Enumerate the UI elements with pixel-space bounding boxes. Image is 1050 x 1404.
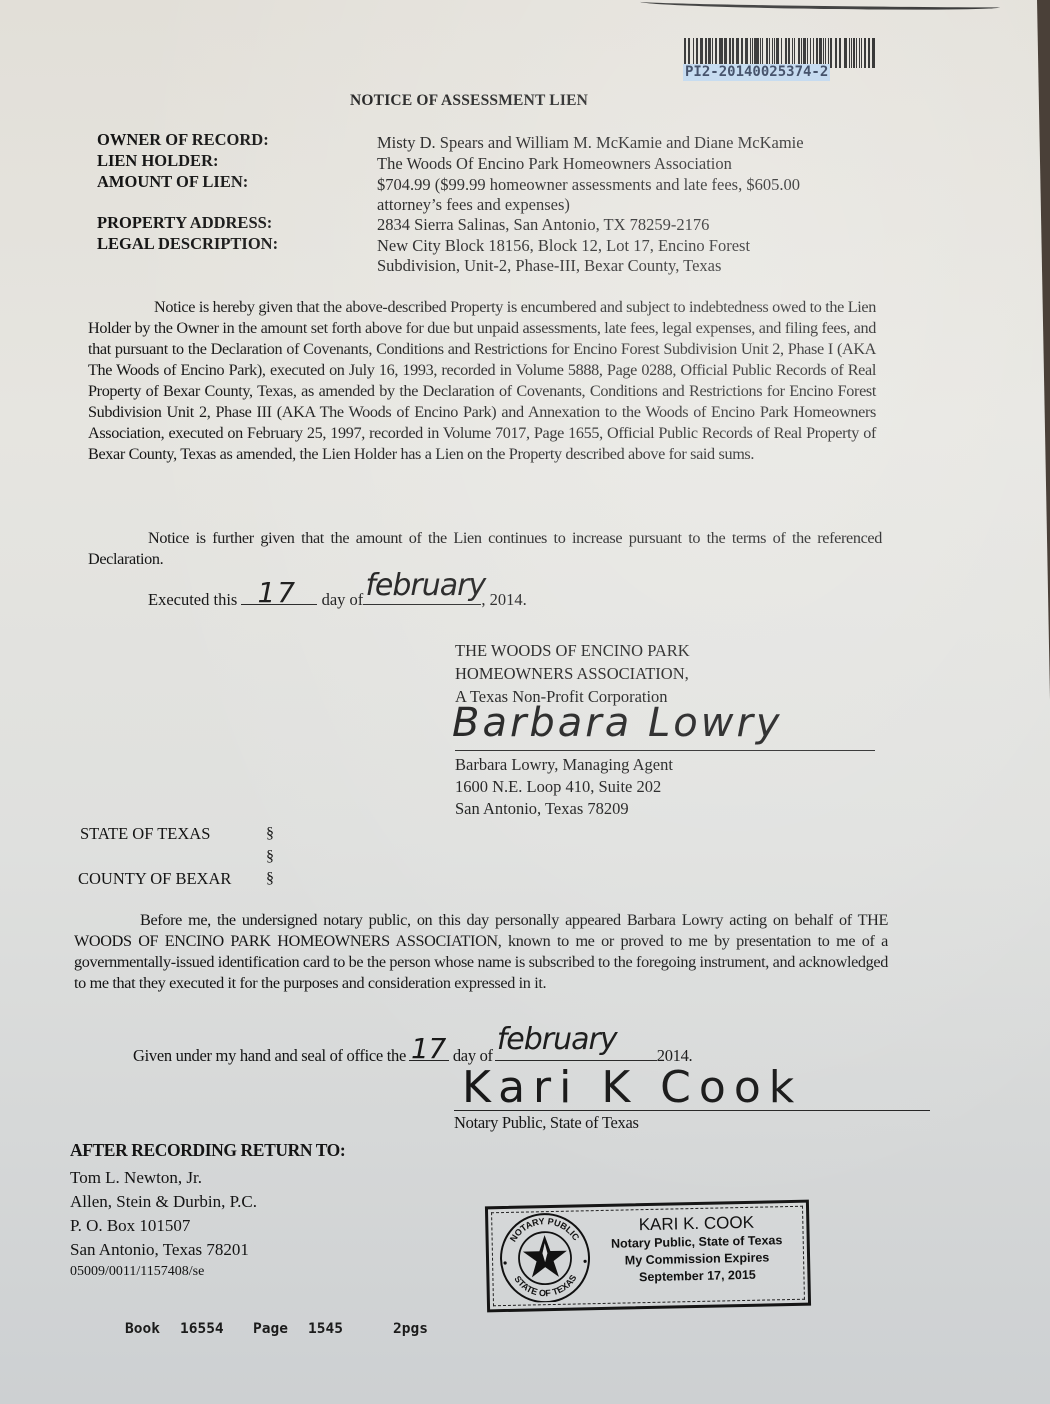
lien-holder-label: LIEN HOLDER:	[97, 151, 218, 172]
barcode-bar	[769, 38, 770, 68]
signatory-address-2: San Antonio, Texas 78209	[455, 798, 629, 820]
execution-month-handwritten: february	[365, 568, 485, 603]
barcode-bar	[700, 38, 703, 68]
stamp-line-2: My Commission Expires	[597, 1249, 797, 1270]
barcode-bar	[801, 38, 802, 68]
given-day-blank: 17	[409, 1046, 449, 1061]
amount-value-line2: attorney’s fees and expenses)	[377, 195, 570, 216]
signatory-signature-line	[455, 750, 875, 751]
barcode-bar	[736, 38, 739, 68]
section-symbol: §	[266, 868, 274, 891]
return-heading: AFTER RECORDING RETURN TO:	[70, 1140, 345, 1161]
given-prefix: Given under my hand and seal of office t…	[133, 1046, 406, 1065]
barcode-bar	[745, 38, 748, 68]
barcode-bar	[729, 38, 732, 68]
section-symbol: §	[266, 823, 274, 846]
svg-text:STATE OF TEXAS: STATE OF TEXAS	[512, 1273, 579, 1299]
property-address-label: PROPERTY ADDRESS:	[97, 213, 272, 234]
execution-suffix: , 2014.	[481, 590, 526, 609]
barcode-bar	[774, 38, 775, 68]
barcode-bar	[696, 38, 698, 68]
barcode-bar	[752, 38, 753, 68]
barcode-bar	[853, 38, 855, 68]
lien-holder-value: The Woods Of Encino Park Homeowners Asso…	[377, 154, 732, 175]
barcode	[684, 38, 876, 68]
barcode-bar	[803, 38, 806, 68]
page-number: 1545	[308, 1321, 343, 1337]
barcode-bar	[839, 38, 842, 68]
barcode-bar	[844, 38, 847, 68]
notice-paragraph-text: Notice is hereby given that the above-de…	[88, 298, 876, 463]
barcode-bar	[868, 38, 870, 68]
notary-paragraph-text: Before me, the undersigned notary public…	[74, 911, 888, 992]
page-label: Page	[253, 1321, 288, 1337]
barcode-bar	[750, 38, 751, 68]
legal-description-label: LEGAL DESCRIPTION:	[97, 234, 278, 255]
barcode-bar	[754, 38, 755, 68]
execution-line: Executed this 17 day of february , 2014.	[148, 590, 527, 610]
barcode-bar	[755, 38, 756, 68]
given-day-handwritten: 17	[411, 1032, 446, 1065]
barcode-bar	[856, 38, 857, 68]
venue-state: STATE OF TEXAS	[80, 823, 210, 846]
barcode-bar	[693, 38, 695, 68]
barcode-bar	[766, 38, 769, 68]
barcode-bar	[756, 38, 757, 68]
barcode-bar	[715, 38, 718, 68]
owner-value: Misty D. Spears and William M. McKamie a…	[377, 133, 804, 154]
barcode-bar	[816, 38, 818, 68]
org-line-3: A Texas Non-Profit Corporation	[455, 686, 668, 708]
barcode-bar	[757, 38, 759, 68]
legal-description-line1: New City Block 18156, Block 12, Lot 17, …	[377, 236, 750, 257]
amount-value-line1: $704.99 ($99.99 homeowner assessments an…	[377, 175, 800, 196]
barcode-bar	[851, 38, 853, 68]
barcode-bar	[712, 38, 713, 68]
svg-text:NOTARY PUBLIC: NOTARY PUBLIC	[507, 1215, 581, 1244]
execution-day-handwritten: 17	[257, 576, 297, 609]
barcode-bar	[741, 38, 742, 68]
barcode-bar	[830, 38, 832, 68]
barcode-bar	[781, 38, 783, 68]
barcode-bar	[785, 38, 787, 68]
barcode-bar	[708, 38, 711, 68]
venue-county: COUNTY OF BEXAR	[78, 868, 231, 891]
signatory-name-title: Barbara Lowry, Managing Agent	[455, 754, 673, 776]
notice-paragraph: Notice is hereby given that the above-de…	[88, 297, 876, 465]
barcode-bar	[688, 38, 690, 68]
execution-month-blank: february	[363, 590, 481, 605]
barcode-bar	[825, 38, 826, 68]
return-line-2: Allen, Stein & Durbin, P.C.	[70, 1190, 257, 1214]
signatory-signature: Barbara Lowry	[452, 700, 783, 746]
barcode-bar	[823, 38, 824, 68]
page-edge-mark	[640, 0, 1000, 11]
stamp-line-1: Notary Public, State of Texas	[597, 1232, 797, 1253]
barcode-bar	[823, 38, 824, 68]
notary-seal-icon: NOTARY PUBLIC STATE OF TEXAS	[494, 1209, 596, 1303]
barcode-bar	[760, 38, 761, 68]
barcode-bar	[792, 38, 793, 68]
barcode-bar	[788, 38, 790, 68]
stamp-name: KARI K. COOK	[596, 1211, 796, 1236]
execution-middle: day of	[322, 590, 364, 609]
return-line-1: Tom L. Newton, Jr.	[70, 1166, 202, 1190]
notary-caption: Notary Public, State of Texas	[454, 1113, 639, 1133]
increase-paragraph-text: Notice is further given that the amount …	[88, 529, 882, 568]
reference-number: 05009/0011/1157408/se	[70, 1264, 204, 1280]
barcode-id: PI2-20140025374-2	[683, 64, 830, 81]
given-month-blank: february	[495, 1046, 657, 1061]
amount-label: AMOUNT OF LIEN:	[97, 172, 248, 193]
barcode-bar	[733, 38, 734, 68]
notary-stamp: NOTARY PUBLIC STATE OF TEXAS KARI K. COO…	[485, 1200, 811, 1313]
barcode-bar	[720, 38, 723, 68]
barcode-bar	[807, 38, 809, 68]
given-suffix: 2014.	[657, 1046, 693, 1065]
barcode-bar	[810, 38, 811, 68]
barcode-bar	[762, 38, 763, 68]
property-address-value: 2834 Sierra Salinas, San Antonio, TX 782…	[377, 215, 709, 236]
barcode-bar	[819, 38, 822, 68]
document-title: NOTICE OF ASSESSMENT LIEN	[350, 92, 588, 110]
document-page: PI2-20140025374-2 NOTICE OF ASSESSMENT L…	[0, 0, 1050, 1404]
barcode-bar	[684, 38, 686, 68]
book-number: 16554	[180, 1321, 224, 1337]
barcode-bar	[705, 38, 708, 68]
notary-signature-line	[454, 1110, 930, 1111]
barcode-bar	[872, 38, 875, 68]
barcode-bar	[813, 38, 814, 68]
book-label: Book	[125, 1321, 160, 1337]
barcode-bar	[794, 38, 795, 68]
execution-day-blank: 17	[241, 590, 317, 605]
org-line-1: THE WOODS OF ENCINO PARK	[455, 640, 690, 662]
notary-signature: Kari K Cook	[462, 1062, 802, 1113]
return-line-3: P. O. Box 101507	[70, 1214, 190, 1238]
section-symbol: §	[266, 846, 274, 869]
barcode-bar	[741, 38, 743, 68]
barcode-bar	[835, 38, 837, 68]
increase-paragraph: Notice is further given that the amount …	[88, 528, 882, 570]
owner-label: OWNER OF RECORD:	[97, 130, 269, 151]
page-count: 2pgs	[393, 1321, 428, 1337]
barcode-bar	[724, 38, 727, 68]
barcode-bar	[776, 38, 779, 68]
stamp-line-3: September 17, 2015	[597, 1266, 797, 1287]
given-middle: day of	[453, 1046, 493, 1065]
execution-prefix: Executed this	[148, 590, 237, 609]
stamp-text: KARI K. COOK Notary Public, State of Tex…	[596, 1211, 797, 1287]
given-month-handwritten: february	[497, 1022, 617, 1057]
barcode-bar	[859, 38, 860, 68]
signatory-address-1: 1600 N.E. Loop 410, Suite 202	[455, 776, 661, 798]
barcode-bar	[828, 38, 829, 68]
barcode-bar	[798, 38, 801, 68]
given-line: Given under my hand and seal of office t…	[133, 1046, 692, 1066]
barcode-bar	[861, 38, 862, 68]
notary-paragraph: Before me, the undersigned notary public…	[74, 910, 888, 994]
org-line-2: HOMEOWNERS ASSOCIATION,	[455, 663, 689, 685]
barcode-bar	[849, 38, 850, 68]
barcode-bar	[772, 38, 773, 68]
barcode-bar	[719, 38, 720, 68]
return-line-4: San Antonio, Texas 78201	[70, 1238, 249, 1262]
barcode-bar	[732, 38, 733, 68]
legal-description-line2: Subdivision, Unit-2, Phase-III, Bexar Co…	[377, 256, 721, 277]
barcode-bar	[864, 38, 867, 68]
